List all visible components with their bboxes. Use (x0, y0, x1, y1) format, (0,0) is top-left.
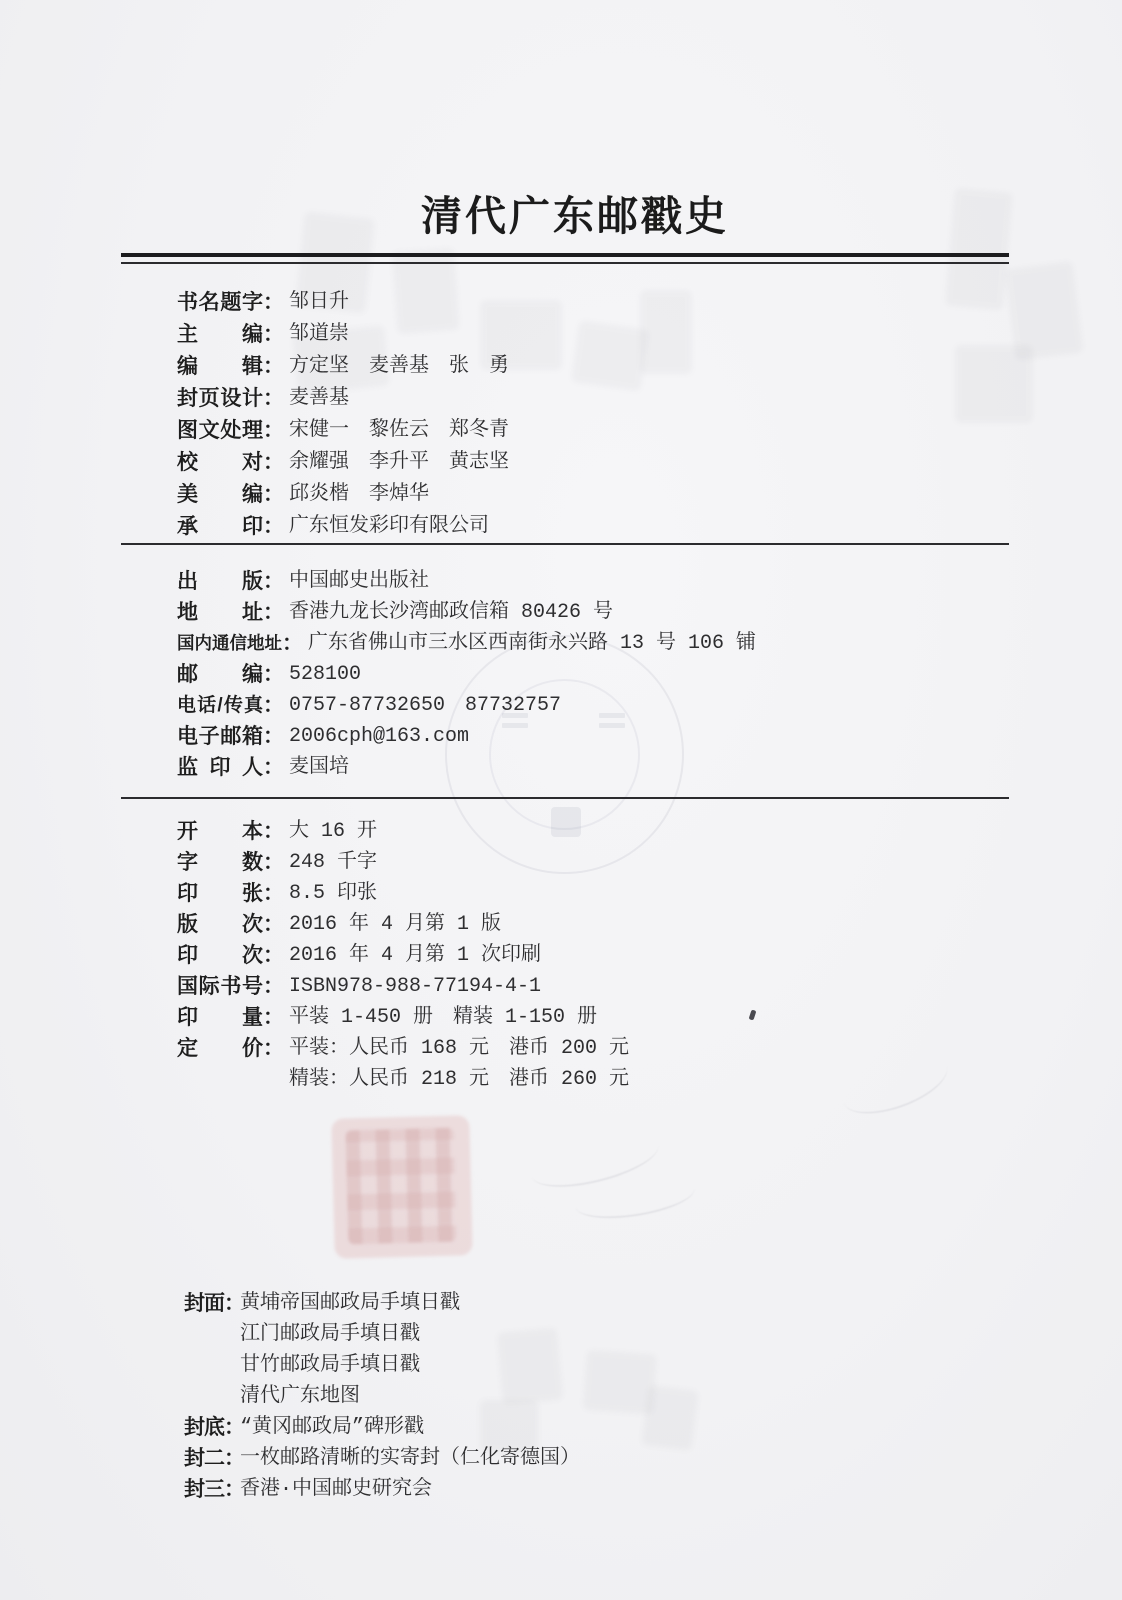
colophon-row: 封底：“黄冈邮政局”碑形戳 (184, 1412, 580, 1443)
field-label: 封页设计 (177, 383, 263, 415)
credits-section: 书名题字：邹日升主编：邹道崇编辑：方定坚 麦善基 张 勇封页设计：麦善基图文处理… (177, 287, 509, 543)
field-label: 印量 (177, 1002, 263, 1033)
colophon-row: 开本：大 16 开 (177, 816, 629, 847)
field-label: 封二： (184, 1443, 240, 1474)
label-colon: ： (263, 690, 289, 721)
field-label: 校对 (177, 447, 263, 479)
colophon-row: 清代广东地图 (184, 1381, 580, 1412)
field-value: 麦国培 (289, 756, 349, 779)
colophon-row: 封页设计：麦善基 (177, 383, 509, 415)
field-value: 大 16 开 (289, 820, 377, 843)
colophon-row: 字数：248 千字 (177, 847, 629, 878)
covers-section: 封面：黄埔帝国邮政局手填日戳江门邮政局手填日戳甘竹邮政局手填日戳清代广东地图封底… (184, 1288, 580, 1505)
label-colon: ： (263, 816, 289, 847)
colophon-row: 承印：广东恒发彩印有限公司 (177, 511, 509, 543)
field-label: 电话/传真 (177, 690, 263, 721)
colophon-row: 主编：邹道崇 (177, 319, 509, 351)
field-value: 一枚邮路清晰的实寄封（仁化寄德国） (240, 1447, 580, 1470)
label-colon: ： (263, 659, 289, 690)
field-value: 邱炎楷 李焯华 (289, 483, 429, 506)
red-stamp-texture (346, 1128, 457, 1245)
colophon-row: 书名题字：邹日升 (177, 287, 509, 319)
field-value: 2016 年 4 月第 1 次印刷 (289, 944, 541, 967)
showthrough-mark (640, 290, 692, 374)
field-label: 国际书号 (177, 971, 263, 1002)
colophon-row: 印量：平装 1-450 册 精装 1-150 册 (177, 1002, 629, 1033)
colophon-row: 邮编：528100 (177, 659, 756, 690)
field-label: 承印 (177, 511, 263, 543)
field-label: 字数 (177, 847, 263, 878)
title-divider-thin (121, 262, 1009, 264)
colophon-row: 甘竹邮政局手填日戳 (184, 1350, 580, 1381)
field-value: 2016 年 4 月第 1 版 (289, 913, 501, 936)
colophon-row: 封二：一枚邮路清晰的实寄封（仁化寄德国） (184, 1443, 580, 1474)
label-colon: ： (263, 1002, 289, 1033)
field-value: 中国邮史出版社 (289, 570, 429, 593)
field-value: 8.5 印张 (289, 882, 377, 905)
colophon-row: 地址：香港九龙长沙湾邮政信箱 80426 号 (177, 597, 756, 628)
field-label: 封面： (184, 1288, 240, 1319)
label-colon: ： (263, 511, 289, 543)
field-value: 黄埔帝国邮政局手填日戳 (240, 1292, 460, 1315)
label-colon: ： (263, 971, 289, 1002)
field-value: 甘竹邮政局手填日戳 (240, 1354, 420, 1377)
field-value: 广东省佛山市三水区西南街永兴路 13 号 106 铺 (308, 632, 756, 655)
field-label: 监印人 (177, 752, 263, 783)
field-label: 印张 (177, 878, 263, 909)
red-stamp-watermark (331, 1115, 473, 1259)
field-label: 国内通信地址 (177, 628, 282, 659)
label-colon: ： (263, 479, 289, 511)
colophon-row: 江门邮政局手填日戳 (184, 1319, 580, 1350)
field-label: 书名题字 (177, 287, 263, 319)
field-value: 0757-87732650 87732757 (289, 694, 561, 717)
field-label: 美编 (177, 479, 263, 511)
specs-section: 开本：大 16 开字数：248 千字印张：8.5 印张版次：2016 年 4 月… (177, 816, 629, 1095)
field-value: 江门邮政局手填日戳 (240, 1323, 420, 1346)
field-label: 出版 (177, 566, 263, 597)
field-label: 编辑 (177, 351, 263, 383)
field-label: 图文处理 (177, 415, 263, 447)
label-colon: ： (263, 847, 289, 878)
field-value: 香港九龙长沙湾邮政信箱 80426 号 (289, 601, 613, 624)
showthrough-mark (955, 345, 1033, 423)
field-label: 地址 (177, 597, 263, 628)
label-colon: ： (263, 940, 289, 971)
field-label: 印次 (177, 940, 263, 971)
colophon-row: 电子邮箱：2006cph@163.com (177, 721, 756, 752)
colophon-row: 出版：中国邮史出版社 (177, 566, 756, 597)
label-colon: ： (263, 447, 289, 479)
field-label: 封三： (184, 1474, 240, 1505)
ink-speck (749, 1009, 757, 1020)
label-colon: ： (263, 752, 289, 783)
colophon-row: 版次：2016 年 4 月第 1 版 (177, 909, 629, 940)
label-colon: ： (263, 909, 289, 940)
title-divider-thick (121, 253, 1009, 257)
field-value: 2006cph@163.com (289, 725, 469, 748)
field-label: 邮编 (177, 659, 263, 690)
colophon-page: 清代广东邮戳史 书名题字：邹日升主编：邹道崇编辑：方定坚 麦善基 张 勇封页设计… (0, 0, 1122, 1600)
label-colon: ： (263, 878, 289, 909)
field-value: 平装 1-450 册 精装 1-150 册 (289, 1006, 597, 1029)
field-value: 麦善基 (289, 387, 349, 410)
field-label: 定价 (177, 1033, 263, 1064)
field-value: 香港·中国邮史研究会 (240, 1478, 432, 1501)
label-colon: ： (263, 566, 289, 597)
field-label: 封底： (184, 1412, 240, 1443)
colophon-row: 图文处理：宋健一 黎佐云 郑冬青 (177, 415, 509, 447)
colophon-row: 监印人：麦国培 (177, 752, 756, 783)
colophon-row: 美编：邱炎楷 李焯华 (177, 479, 509, 511)
label-colon: ： (263, 721, 289, 752)
colophon-row: 封面：黄埔帝国邮政局手填日戳 (184, 1288, 580, 1319)
field-label: 电子邮箱 (177, 721, 263, 752)
label-colon: ： (263, 597, 289, 628)
field-value: 528100 (289, 663, 361, 686)
colophon-row: 校对：余耀强 李升平 黄志坚 (177, 447, 509, 479)
colophon-row: 国内通信地址：广东省佛山市三水区西南街永兴路 13 号 106 铺 (177, 628, 756, 659)
field-value: 平装：人民币 168 元 港币 200 元 (289, 1037, 629, 1060)
field-value: 余耀强 李升平 黄志坚 (289, 451, 509, 474)
section-divider (121, 797, 1009, 799)
field-value: 广东恒发彩印有限公司 (289, 515, 489, 538)
label-colon: ： (263, 1033, 289, 1064)
label-colon: ： (282, 628, 308, 659)
label-colon: ： (263, 383, 289, 415)
field-label: 开本 (177, 816, 263, 847)
colophon-row: 封三：香港·中国邮史研究会 (184, 1474, 580, 1505)
label-colon: ： (263, 415, 289, 447)
field-value: 宋健一 黎佐云 郑冬青 (289, 419, 509, 442)
colophon-row: 精装：人民币 218 元 港币 260 元 (177, 1064, 629, 1095)
field-value: 精装：人民币 218 元 港币 260 元 (289, 1068, 629, 1091)
colophon-row: 印次：2016 年 4 月第 1 次印刷 (177, 940, 629, 971)
field-value: 方定坚 麦善基 张 勇 (289, 355, 509, 378)
handwriting-ghost (835, 1043, 955, 1126)
label-colon: ： (263, 351, 289, 383)
label-colon: ： (263, 287, 289, 319)
field-label: 主编 (177, 319, 263, 351)
colophon-row: 电话/传真：0757-87732650 87732757 (177, 690, 756, 721)
field-value: 清代广东地图 (240, 1385, 360, 1408)
colophon-row: 定价：平装：人民币 168 元 港币 200 元 (177, 1033, 629, 1064)
colophon-row: 印张：8.5 印张 (177, 878, 629, 909)
field-value: ISBN978-988-77194-4-1 (289, 975, 541, 998)
field-value: “黄冈邮政局”碑形戳 (240, 1416, 424, 1439)
showthrough-mark (571, 320, 649, 391)
field-label: 版次 (177, 909, 263, 940)
colophon-row: 编辑：方定坚 麦善基 张 勇 (177, 351, 509, 383)
field-value: 邹日升 (289, 291, 349, 314)
section-divider (121, 543, 1009, 545)
field-value: 邹道崇 (289, 323, 349, 346)
label-colon: ： (263, 319, 289, 351)
book-title: 清代广东邮戳史 (130, 183, 1020, 242)
field-value: 248 千字 (289, 851, 377, 874)
publication-section: 出版：中国邮史出版社地址：香港九龙长沙湾邮政信箱 80426 号国内通信地址：广… (177, 566, 756, 783)
showthrough-mark (642, 1385, 699, 1451)
colophon-row: 国际书号：ISBN978-988-77194-4-1 (177, 971, 629, 1002)
